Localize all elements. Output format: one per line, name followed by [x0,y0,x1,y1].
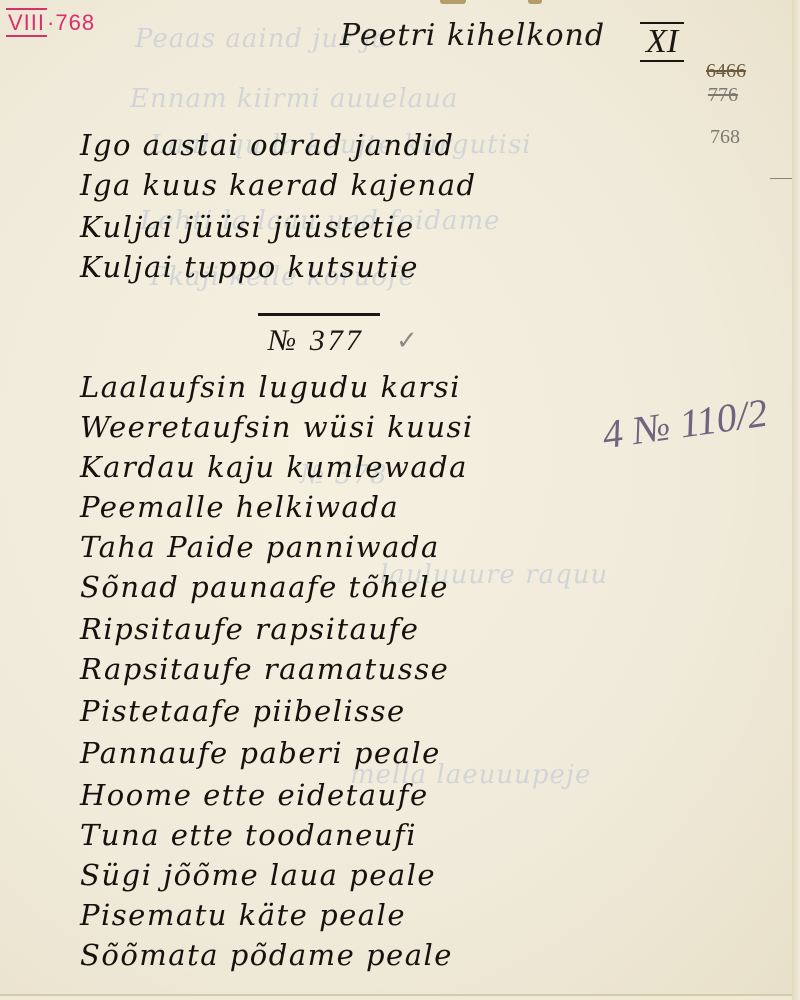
verse-line: Kuljai jüüsi jüüstetie [80,210,415,244]
manuscript-page: Peaas aaind jus ja Ennam kiirmi auuelaua… [0,0,793,996]
archive-volume: VIII [6,8,47,37]
verse-line: Sõõmata põdame peale [80,938,453,972]
check-mark-icon: ✓ [396,326,418,356]
archive-reference: VIII·768 [6,10,95,36]
verse-line: Rapsitaufe raamatusse [80,652,449,686]
verse-line: Taha Paide panniwada [80,530,440,564]
section-divider [258,313,380,316]
verse-line: Tuna ette toodaneufi [80,818,417,852]
paper-stain [528,0,542,4]
struck-number-2: 776 [708,84,738,107]
verse-line: Weeretaufsin wüsi kuusi [80,410,474,444]
paper-stain [440,0,466,4]
verse-line: Igo aastai odrad jandid [80,128,454,162]
verse-line: Pistetaafe piibelisse [80,694,406,728]
pencil-margin-mark [770,178,792,179]
verse-line: Peemalle helkiwada [80,490,399,524]
verse-line: Sügi jõõme laua peale [80,858,436,892]
archive-number: 768 [55,10,95,35]
verse-line: Hoome ette eidetaufe [80,778,429,812]
page-number: 768 [710,126,740,149]
verse-line: Kuljai tuppo kutsutie [80,250,419,284]
song-number: № 377 [268,324,364,358]
page-heading: Peetri kihelkond [340,18,605,53]
verse-line: Pannaufe paberi peale [80,736,441,770]
verse-line: Iga kuus kaerad kajenad [80,168,477,202]
verse-line: Sõnad paunaafe tõhele [80,570,449,604]
page-edge [792,0,800,1000]
section-numeral: XI [640,22,684,62]
bleed-through-text: Ennam kiirmi auuelaua [130,84,458,114]
struck-number-1: 6466 [706,60,746,83]
margin-annotation: 4 № 110/2 [600,389,771,459]
verse-line: Ripsitaufe rapsitaufe [80,612,419,646]
verse-line: Kardau kaju kumlewada [80,450,468,484]
verse-line: Laalaufsin lugudu karsi [80,370,461,404]
verse-line: Pisematu käte peale [80,898,406,932]
